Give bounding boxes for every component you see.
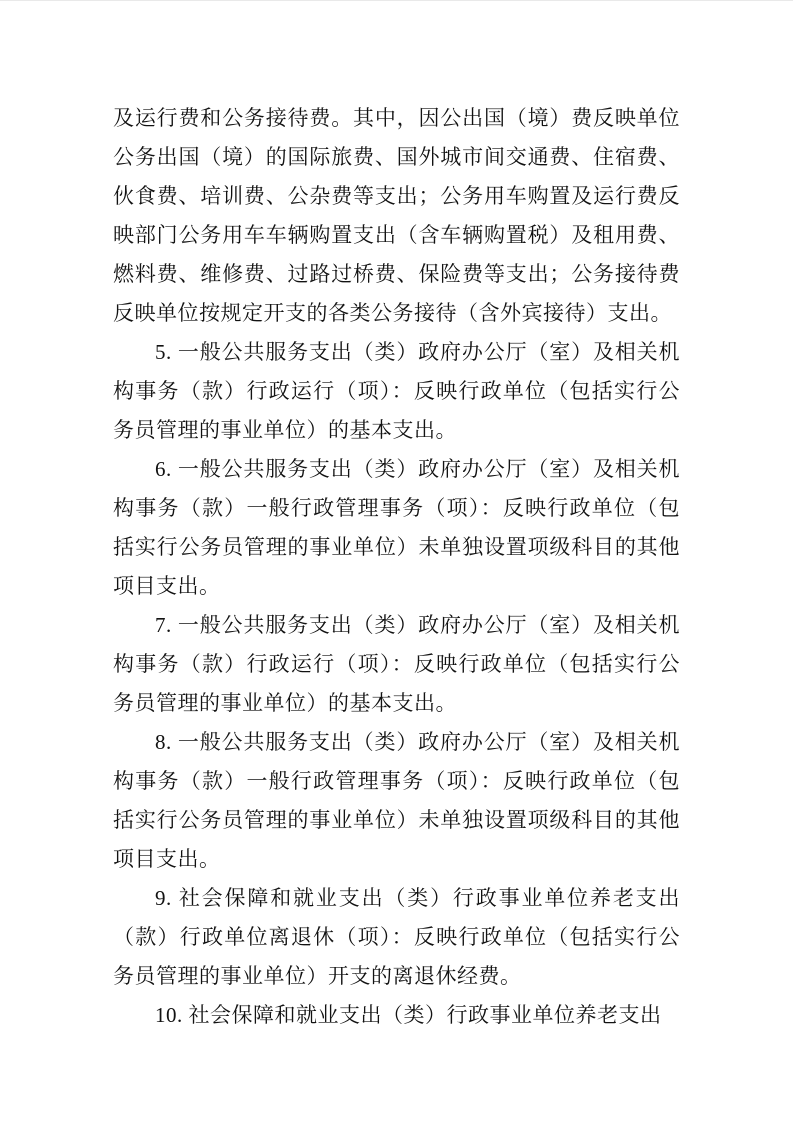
numbered-item-9: 9. 社会保障和就业支出（类）行政事业单位养老支出（款）行政单位离退休（项）：反…: [113, 879, 680, 996]
numbered-item-10-partial: 10. 社会保障和就业支出（类）行政事业单位养老支出: [113, 996, 680, 1035]
document-page: 及运行费和公务接待费。其中，因公出国（境）费反映单位公务出国（境）的国际旅费、国…: [0, 0, 793, 1122]
paragraph-continuation: 及运行费和公务接待费。其中，因公出国（境）费反映单位公务出国（境）的国际旅费、国…: [113, 99, 680, 333]
numbered-item-8: 8. 一般公共服务支出（类）政府办公厅（室）及相关机构事务（款）一般行政管理事务…: [113, 723, 680, 879]
numbered-item-5: 5. 一般公共服务支出（类）政府办公厅（室）及相关机构事务（款）行政运行（项）：…: [113, 333, 680, 450]
numbered-item-7: 7. 一般公共服务支出（类）政府办公厅（室）及相关机构事务（款）行政运行（项）：…: [113, 606, 680, 723]
document-body: 及运行费和公务接待费。其中，因公出国（境）费反映单位公务出国（境）的国际旅费、国…: [113, 99, 680, 1035]
numbered-item-6: 6. 一般公共服务支出（类）政府办公厅（室）及相关机构事务（款）一般行政管理事务…: [113, 450, 680, 606]
